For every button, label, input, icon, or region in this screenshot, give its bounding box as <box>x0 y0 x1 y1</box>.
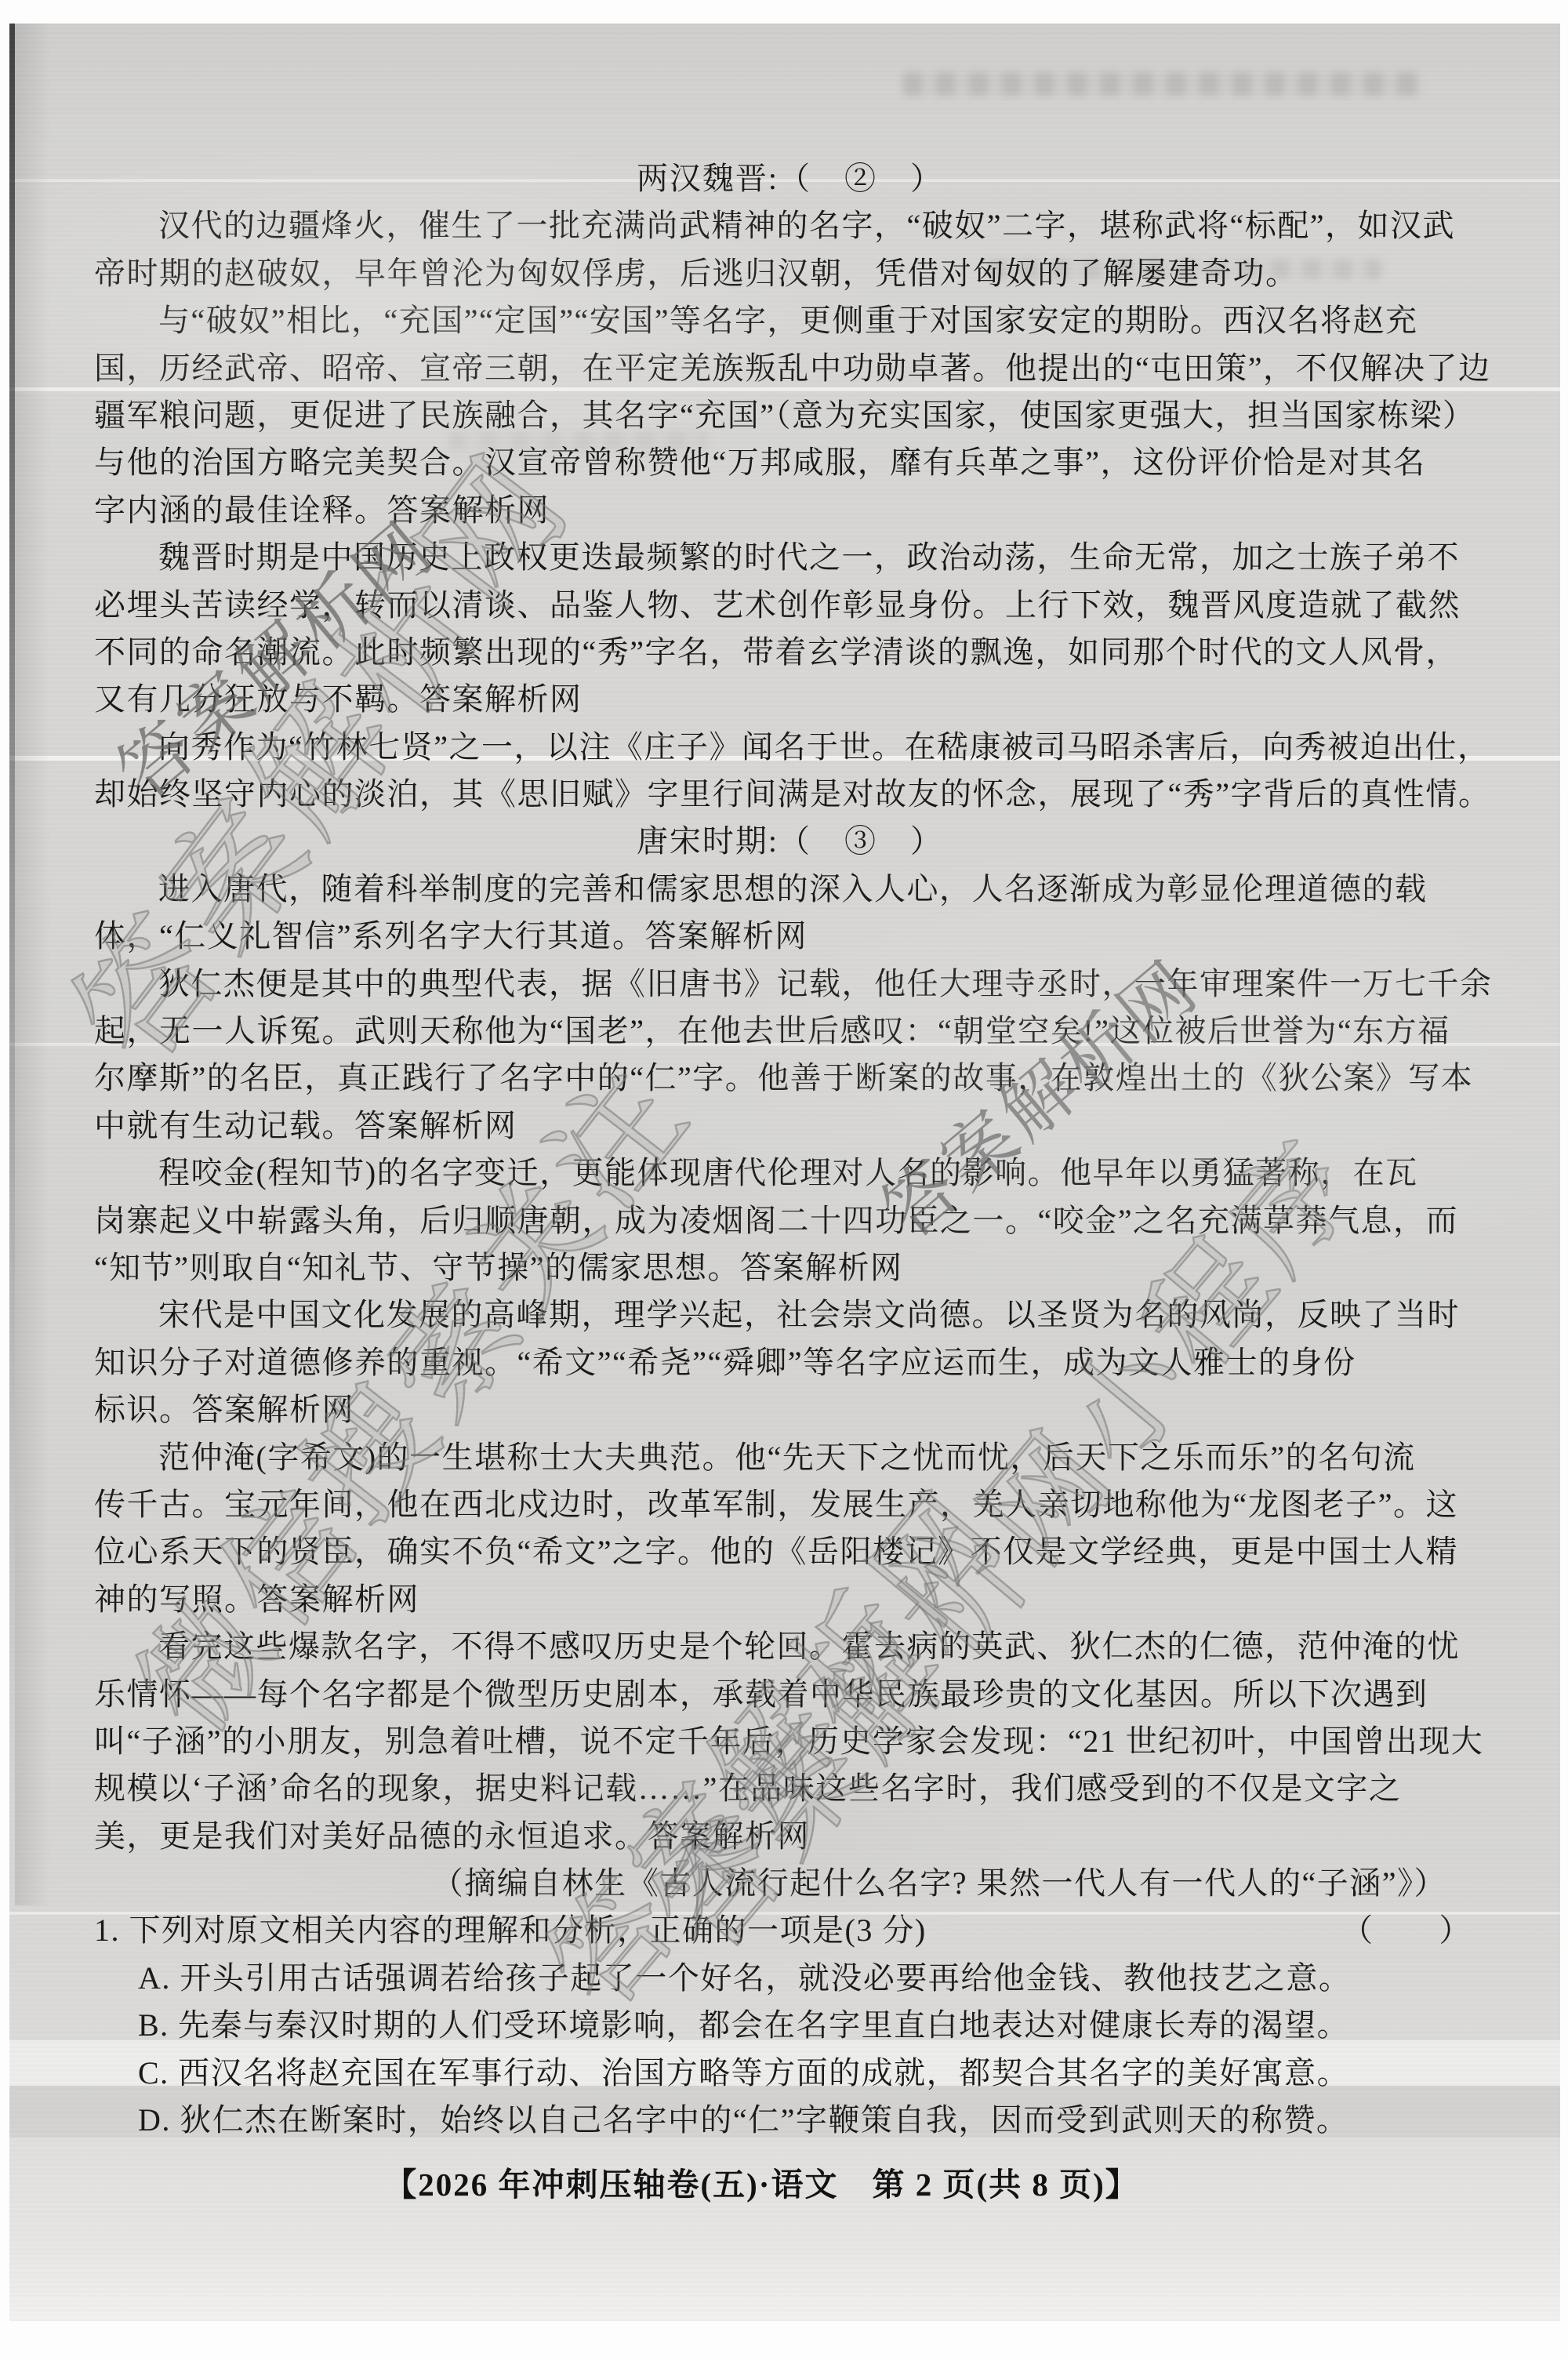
text-line: 向秀作为“竹林七贤”之一，以注《庄子》闻名于世。在嵇康被司马昭杀害后，向秀被迫出… <box>94 724 1486 771</box>
text-line: 位心系天下的贤臣，确实不负“希文”之字。他的《岳阳楼记》不仅是文学经典，更是中国… <box>94 1528 1486 1575</box>
text-line: 进入唐代，随着科举制度的完善和儒家思想的深入人心，人名逐渐成为彰显伦理道德的载 <box>94 866 1486 913</box>
option-line: B. 先秦与秦汉时期的人们受环境影响，都会在名字里直白地表达对健康长寿的渴望。 <box>94 2002 1486 2049</box>
document-text: 两汉魏晋:（ ② ）汉代的边疆烽火，催生了一批充满尚武精神的名字，“破奴”二字，… <box>94 155 1486 2144</box>
option-line: A. 开头引用古话强调若给孩子起了一个好名，就没必要再给他金钱、教他技艺之意。 <box>94 1955 1486 2002</box>
text-line: 帝时期的赵破奴，早年曾沦为匈奴俘虏，后逃归汉朝，凭借对匈奴的了解屡建奇功。 <box>94 250 1486 297</box>
text-line: 国，历经武帝、昭帝、宣帝三朝，在平定羌族叛乱中功勋卓著。他提出的“屯田策”，不仅… <box>94 345 1486 392</box>
section-heading: 两汉魏晋:（ ② ） <box>94 155 1486 202</box>
attribution-line: （摘编自林生《古人流行起什么名字? 果然一代人有一代人的“子涵”》） <box>94 1860 1486 1907</box>
option-line: D. 狄仁杰在断案时，始终以自己名字中的“仁”字鞭策自我，因而受到武则天的称赞。 <box>94 2097 1486 2144</box>
text-line: 必埋头苦读经学，转而以清谈、品鉴人物、艺术创作彰显身份。上行下效，魏晋风度造就了… <box>94 582 1486 629</box>
footer-text: 【2026 年冲刺压轴卷(五)·语文 第 2 页(共 8 页)】 <box>384 2167 1139 2203</box>
text-line: 标识。答案解析网 <box>94 1386 1486 1433</box>
text-line: 又有几分狂放与不羁。答案解析网 <box>94 676 1486 723</box>
text-line: 与他的治国方略完美契合。汉宣帝曾称赞他“万邦咸服，靡有兵革之事”，这份评价恰是对… <box>94 439 1486 486</box>
text-line: “知节”则取自“知礼节、守节操”的儒家思想。答案解析网 <box>94 1244 1486 1291</box>
text-line: 尔摩斯”的名臣，真正践行了名字中的“仁”字。他善于断案的故事，在敦煌出土的《狄公… <box>94 1055 1486 1102</box>
text-line: 起，无一人诉冤。武则天称他为“国老”，在他去世后感叹：“朝堂空矣!”这位被后世誉… <box>94 1008 1486 1055</box>
text-line: 宋代是中国文化发展的高峰期，理学兴起，社会崇文尚德。以圣贤为名的风尚，反映了当时 <box>94 1291 1486 1339</box>
text-line: 体，“仁义礼智信”系列名字大行其道。答案解析网 <box>94 913 1486 960</box>
option-line: C. 西汉名将赵充国在军事行动、治国方略等方面的成就，都契合其名字的美好寓意。 <box>94 2050 1486 2097</box>
text-line: 汉代的边疆烽火，催生了一批充满尚武精神的名字，“破奴”二字，堪称武将“标配”，如… <box>94 202 1486 249</box>
paper-background: 两汉魏晋:（ ② ）汉代的边疆烽火，催生了一批充满尚武精神的名字，“破奴”二字，… <box>9 24 1560 2321</box>
text-line: 魏晋时期是中国历史上政权更迭最频繁的时代之一，政治动荡，生命无常，加之士族子弟不 <box>94 534 1486 581</box>
scan-edge-soft-shadow <box>15 24 51 1905</box>
text-line: 范仲淹(字希文)的一生堪称士大夫典范。他“先天下之忧而忧，后天下之乐而乐”的名句… <box>94 1434 1486 1481</box>
text-line: 不同的命名潮流。此时频繁出现的“秀”字名，带着玄学清谈的飘逸，如同那个时代的文人… <box>94 629 1486 676</box>
text-line: 乐情怀——每个名字都是个微型历史剧本，承载着中华民族最珍贵的文化基因。所以下次遇… <box>94 1671 1486 1718</box>
scanned-exam-page: 两汉魏晋:（ ② ）汉代的边疆烽火，催生了一批充满尚武精神的名字，“破奴”二字，… <box>0 0 1568 2361</box>
text-line: 知识分子对道德修养的重视。“希文”“希尧”“舜卿”等名字应运而生，成为文人雅士的… <box>94 1339 1486 1386</box>
text-line: 规模以‘子涵’命名的现象，据史料记载……”在品味这些名字时，我们感受到的不仅是文… <box>94 1765 1486 1812</box>
scan-edge-shadow <box>9 24 15 1811</box>
text-line: 中就有生动记载。答案解析网 <box>94 1102 1486 1150</box>
text-line: 狄仁杰便是其中的典型代表，据《旧唐书》记载，他任大理寺丞时，一年审理案件一万七千… <box>94 961 1486 1008</box>
text-line: 与“破奴”相比，“充国”“定国”“安国”等名字，更侧重于对国家安定的期盼。西汉名… <box>94 297 1486 344</box>
text-line: 神的写照。答案解析网 <box>94 1576 1486 1623</box>
answer-bracket: （ ） <box>1341 1907 1472 1954</box>
text-line: 美，更是我们对美好品德的永恒追求。答案解析网 <box>94 1813 1486 1860</box>
text-line: 却始终坚守内心的淡泊，其《思旧赋》字里行间满是对故友的怀念，展现了“秀”字背后的… <box>94 771 1486 818</box>
ink-bleed-smudge <box>903 72 1421 96</box>
text-line: 叫“子涵”的小朋友，别急着吐槽，说不定千年后，历史学家会发现：“21 世纪初叶，… <box>94 1718 1486 1765</box>
text-line: 疆军粮问题，更促进了民族融合，其名字“充国”（意为充实国家，使国家更强大，担当国… <box>94 392 1486 439</box>
section-heading: 唐宋时期:（ ③ ） <box>94 818 1486 865</box>
text-line: 看完这些爆款名字，不得不感叹历史是个轮回。霍去病的英武、狄仁杰的仁德，范仲淹的忧 <box>94 1623 1486 1670</box>
page-footer: 【2026 年冲刺压轴卷(五)·语文 第 2 页(共 8 页)】 <box>66 2161 1457 2208</box>
text-line: 字内涵的最佳诠释。答案解析网 <box>94 487 1486 534</box>
text-line: 岗寨起义中崭露头角，后归顺唐朝，成为凌烟阁二十四功臣之一。“咬金”之名充满草莽气… <box>94 1197 1486 1244</box>
question-text: 1. 下列对原文相关内容的理解和分析，正确的一项是(3 分) <box>94 1907 927 1954</box>
question-line: 1. 下列对原文相关内容的理解和分析，正确的一项是(3 分)（ ） <box>94 1907 1486 1954</box>
text-line: 传千古。宝元年间，他在西北戍边时，改革军制，发展生产，羌人亲切地称他为“龙图老子… <box>94 1481 1486 1528</box>
text-line: 程咬金(程知节)的名字变迁，更能体现唐代伦理对人名的影响。他早年以勇猛著称，在瓦 <box>94 1150 1486 1197</box>
